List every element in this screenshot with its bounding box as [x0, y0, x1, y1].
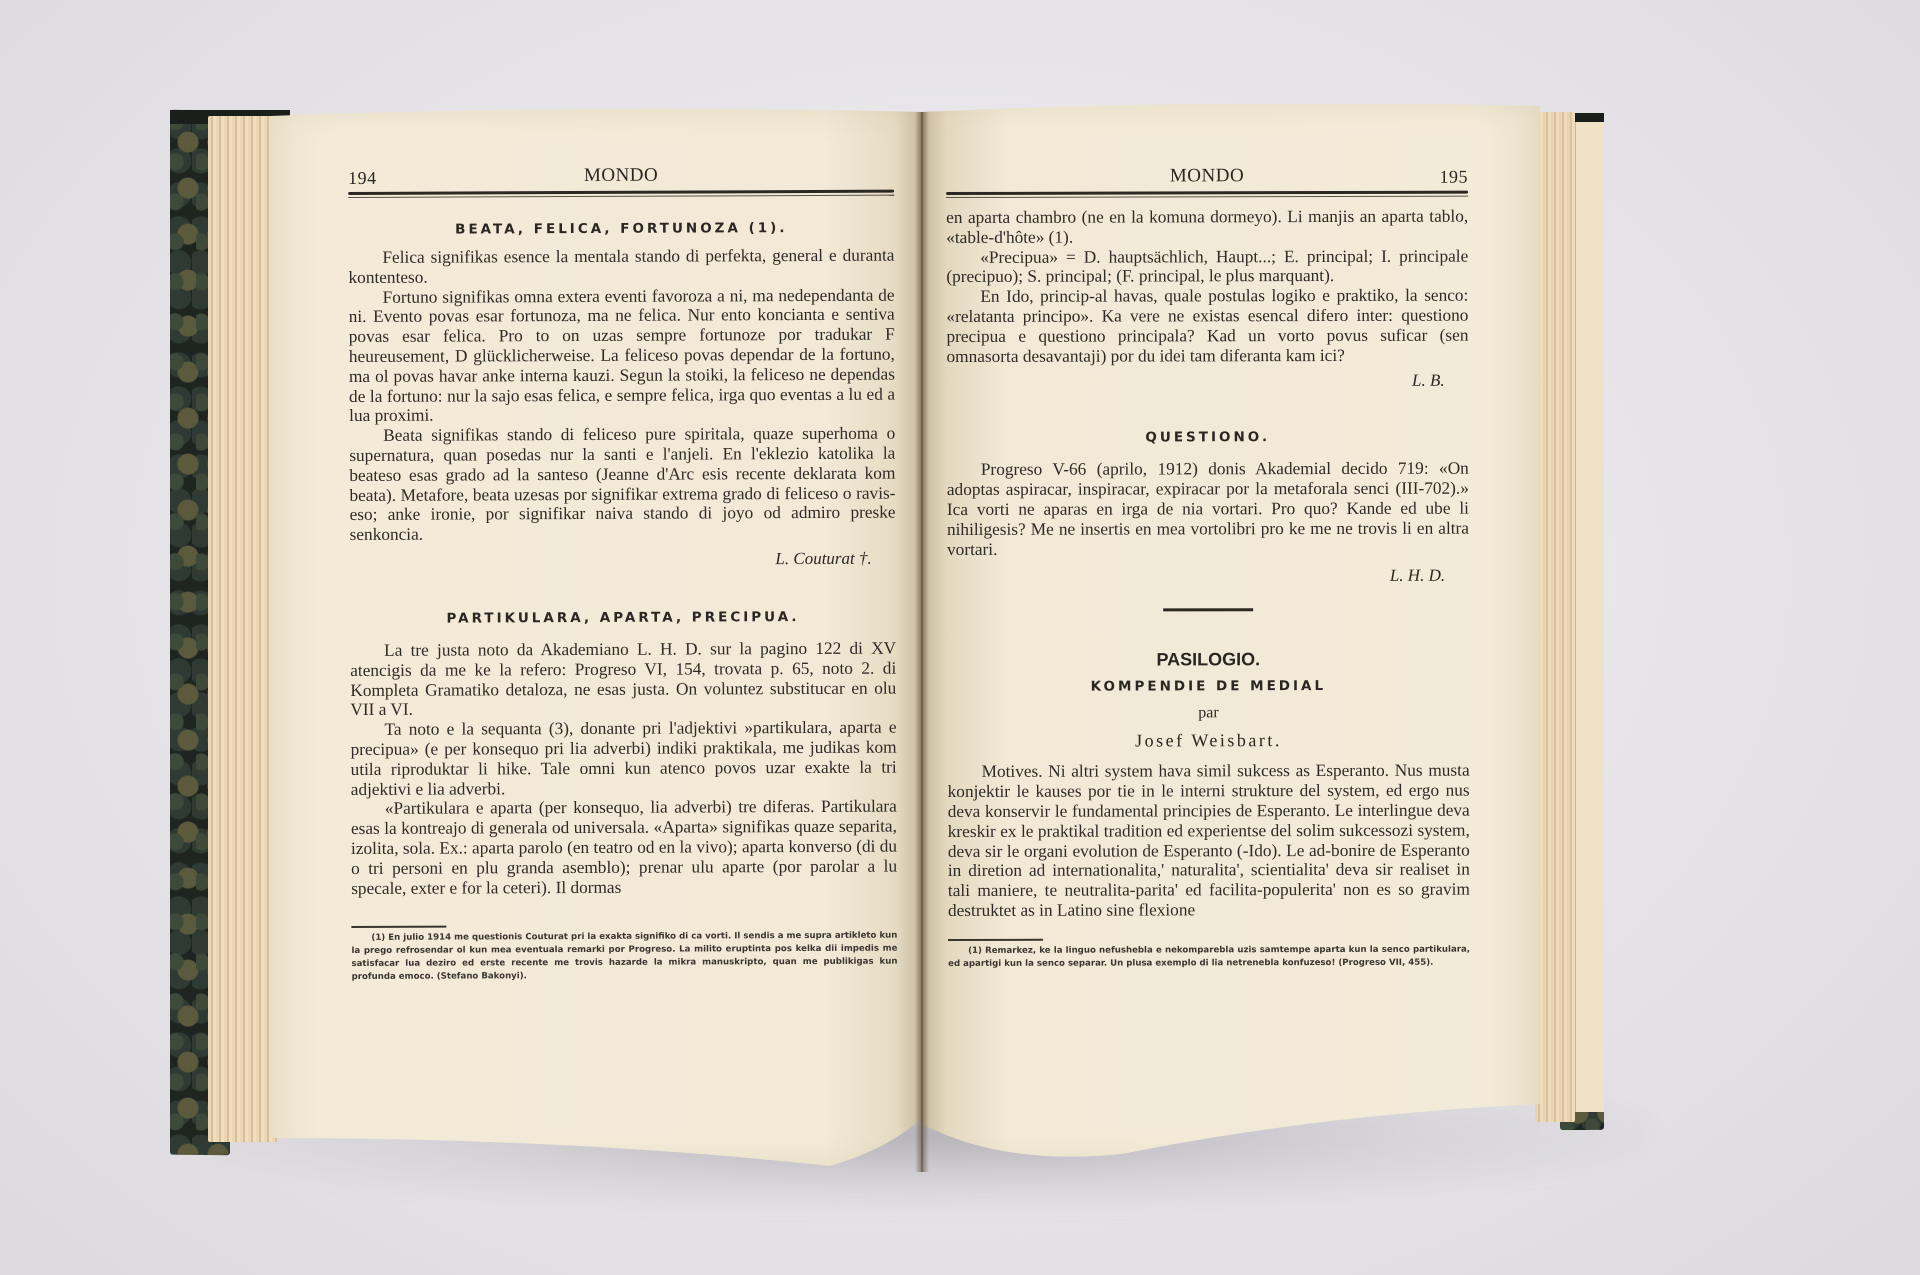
left-running-head: 194 MONDO — [348, 158, 894, 190]
paragraph: Fortuno signifikas omna extera eventi fa… — [349, 285, 896, 426]
signature: L. H. D. — [947, 566, 1469, 587]
article-author: Josef Weisbart. — [947, 730, 1469, 752]
paragraph: en aparta chambro (ne en la komuna dorme… — [946, 207, 1468, 248]
footnote: (1) Remarkez, ke la linguo nefushebla e … — [948, 943, 1470, 970]
article-title: PASILOGIO. — [947, 649, 1469, 671]
paragraph: Felica signifikas esence la mentala stan… — [348, 246, 894, 288]
running-head-title: MONDO — [348, 164, 894, 188]
footnote-rule — [351, 926, 446, 928]
header-rule — [946, 191, 1468, 195]
paragraph: Progreso V-66 (aprilo, 1912) donis Akade… — [947, 459, 1469, 559]
left-page-content: 194 MONDO BEATA, FELICA, FORTUNOZA (1). … — [348, 158, 898, 985]
paragraph: Ta noto e la sequanta (3), donante pri l… — [350, 718, 896, 800]
paragraph: «Partikulara e aparta (per konsequo, lia… — [351, 797, 897, 898]
right-page-content: MONDO 195 en aparta chambro (ne en la ko… — [946, 159, 1470, 971]
paragraph: La tre justa noto da Akademiano L. H. D.… — [350, 639, 896, 721]
signature: L. Couturat †. — [350, 549, 896, 571]
article-subtitle: KOMPENDIE DE MEDIAL — [947, 678, 1469, 695]
running-head-title: MONDO — [946, 165, 1468, 188]
paragraph: Motives. Ni altri system hava simil sukc… — [948, 761, 1470, 921]
right-endpaper — [1575, 122, 1604, 1112]
section-heading: QUESTIONO. — [947, 429, 1469, 446]
footnote: (1) En julio 1914 me questionis Couturat… — [351, 930, 897, 984]
signature: L. B. — [947, 371, 1469, 392]
page-number: 195 — [1440, 167, 1469, 188]
paragraph: Beata signifikas stando di feliceso pure… — [349, 424, 896, 545]
right-page-edges — [1535, 112, 1575, 1122]
byline-par: par — [947, 704, 1469, 723]
paragraph: En Ido, princip-al havas, quale postulas… — [946, 286, 1468, 367]
footnote-rule — [948, 938, 1043, 940]
book-gutter — [915, 112, 929, 1172]
right-running-head: MONDO 195 — [946, 159, 1468, 190]
paragraph: «Precipua» = D. hauptsächlich, Haupt...;… — [946, 246, 1468, 287]
left-page-edges — [208, 116, 278, 1142]
